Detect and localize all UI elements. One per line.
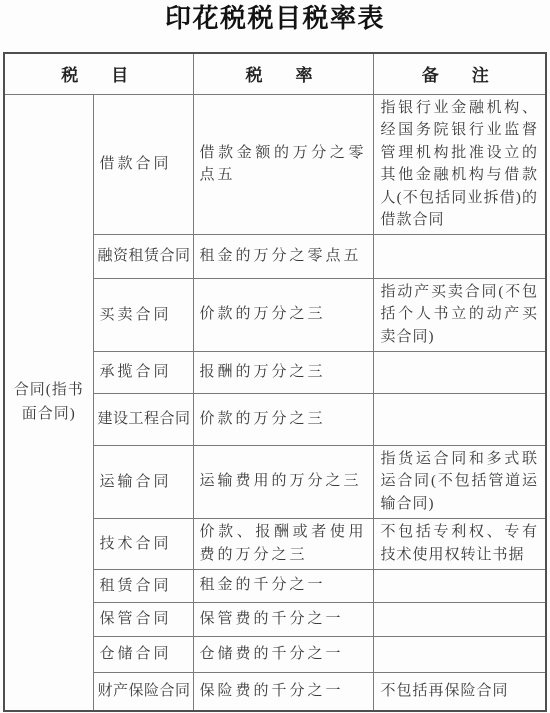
tax-rate-cell: 保管费的千分之一 [193, 602, 373, 636]
note-cell: 不包括专利权、专有技术使用权转让书据 [373, 518, 546, 569]
tax-rate-cell: 价款的万分之三 [193, 278, 373, 351]
document-page: 印花税税目税率表 税 目 税 率 备 注 合同(指书面合同) 借款合同 借款金额… [0, 0, 550, 713]
tax-item-cell: 建设工程合同 [93, 393, 193, 445]
note-cell: 指动产买卖合同(不包括个人书立的动产买卖合同) [373, 278, 546, 351]
note-cell: 指银行业金融机构、经国务院银行业监督管理机构批准设立的其他金融机构与借款人(不包… [373, 94, 546, 234]
note-cell [373, 393, 546, 445]
note-cell [373, 602, 546, 636]
header-note: 备 注 [373, 53, 546, 94]
header-tax-item: 税 目 [4, 53, 193, 94]
note-cell [373, 569, 546, 602]
tax-item-cell: 租赁合同 [93, 569, 193, 602]
header-row: 税 目 税 率 备 注 [4, 53, 546, 94]
tax-item-cell: 财产保险合同 [93, 672, 193, 711]
tax-rate-cell: 租金的千分之一 [193, 569, 373, 602]
note-cell [373, 351, 546, 393]
note-cell: 不包括再保险合同 [373, 672, 546, 711]
table-row: 合同(指书面合同) 借款合同 借款金额的万分之零点五 指银行业金融机构、经国务院… [4, 94, 546, 234]
tax-rate-cell: 运输费用的万分之三 [193, 445, 373, 518]
header-tax-rate: 税 率 [193, 53, 373, 94]
tax-rate-cell: 保险费的千分之一 [193, 672, 373, 711]
stamp-tax-rate-table: 税 目 税 率 备 注 合同(指书面合同) 借款合同 借款金额的万分之零点五 指… [3, 52, 547, 712]
tax-item-cell: 保管合同 [93, 602, 193, 636]
tax-rate-cell: 租金的万分之零点五 [193, 234, 373, 278]
page-title: 印花税税目税率表 [0, 0, 550, 34]
tax-item-cell: 买卖合同 [93, 278, 193, 351]
note-cell [373, 234, 546, 278]
tax-rate-cell: 报酬的万分之三 [193, 351, 373, 393]
category-cell: 合同(指书面合同) [4, 94, 93, 711]
tax-item-cell: 运输合同 [93, 445, 193, 518]
tax-rate-cell: 借款金额的万分之零点五 [193, 94, 373, 234]
tax-item-cell: 仓储合同 [93, 636, 193, 672]
tax-rate-cell: 价款的万分之三 [193, 393, 373, 445]
tax-rate-cell: 价款、报酬或者使用费的万分之三 [193, 518, 373, 569]
tax-item-cell: 技术合同 [93, 518, 193, 569]
note-cell [373, 636, 546, 672]
tax-item-cell: 承揽合同 [93, 351, 193, 393]
note-cell: 指货运合同和多式联运合同(不包括管道运输合同) [373, 445, 546, 518]
tax-item-cell: 借款合同 [93, 94, 193, 234]
tax-rate-cell: 仓储费的千分之一 [193, 636, 373, 672]
tax-item-cell: 融资租赁合同 [93, 234, 193, 278]
